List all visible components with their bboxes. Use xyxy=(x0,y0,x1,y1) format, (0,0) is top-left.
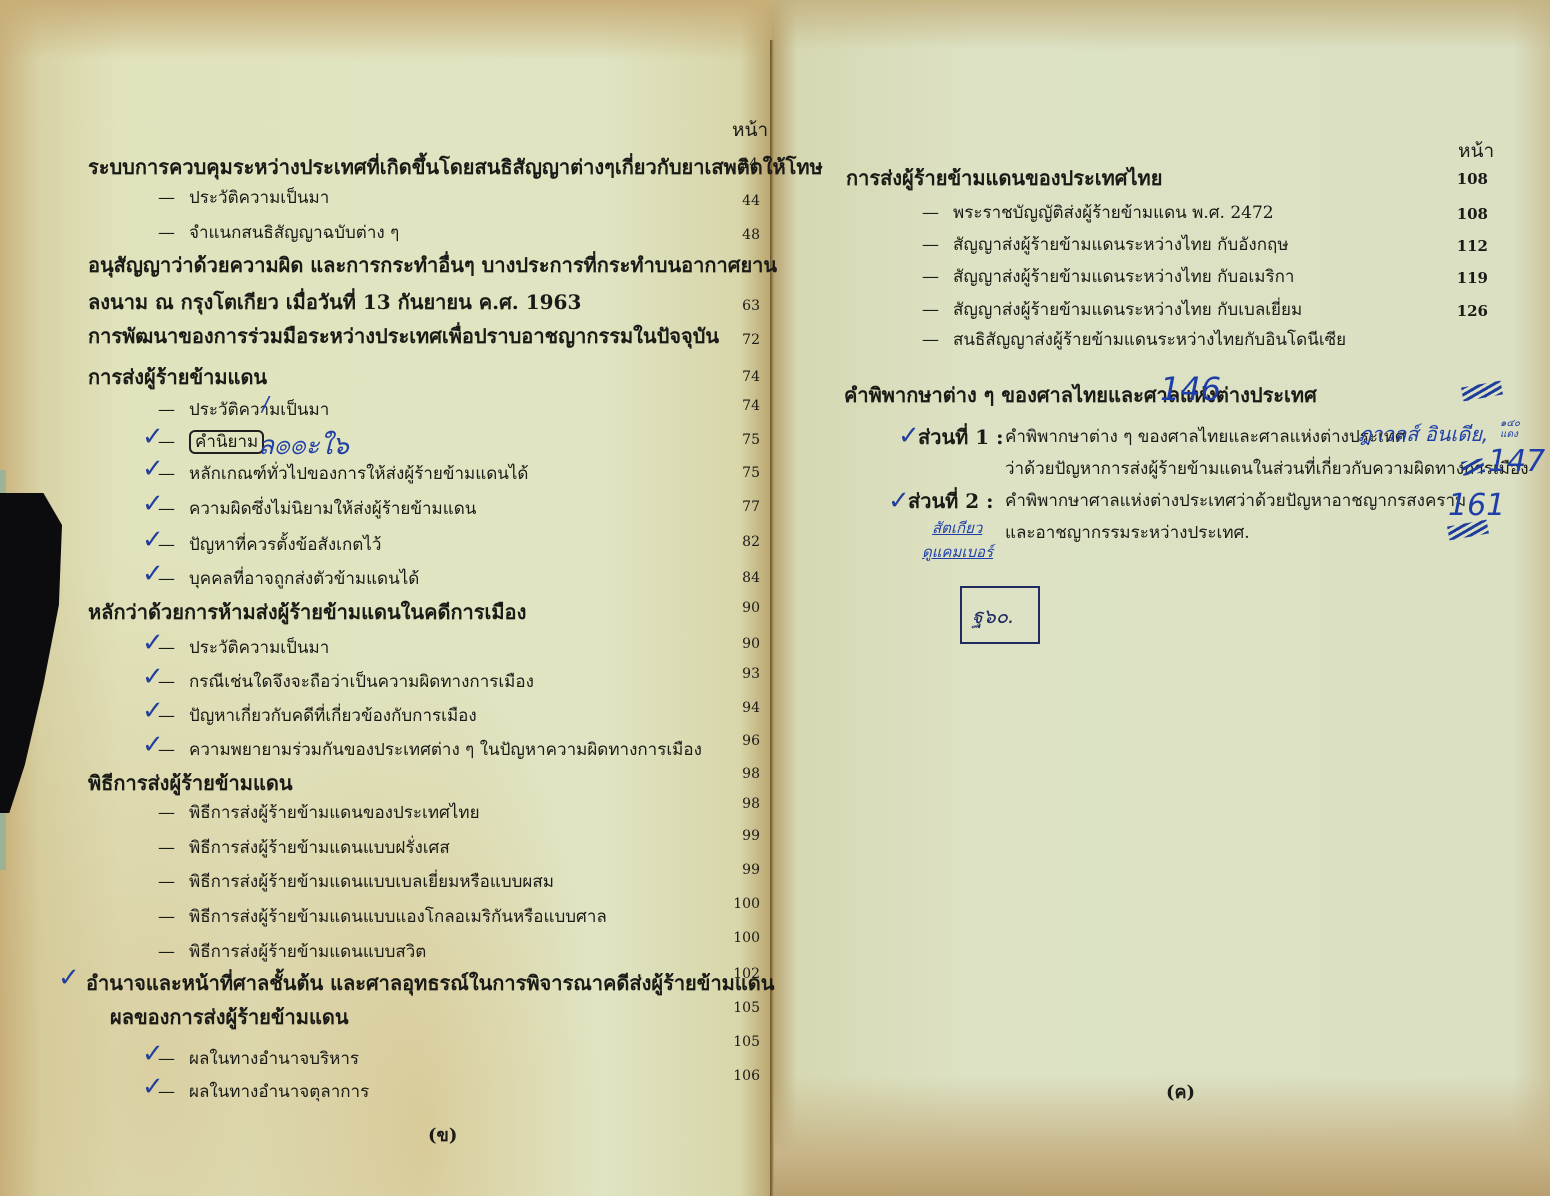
toc-page-number: 82 xyxy=(700,534,760,550)
part1-line1: คำพิพากษาต่าง ๆ ของศาลไทยและศาลแห่งต่างป… xyxy=(1005,425,1406,449)
toc-entry-title: พิธีการส่งผู้ร้ายข้ามแดนแบบแองโกลอเมริกั… xyxy=(189,907,607,927)
toc-entry: —พระราชบัญญัติส่งผู้ร้ายข้ามแดน พ.ศ. 247… xyxy=(922,201,1274,225)
dash-bullet: — xyxy=(158,398,175,422)
dash-bullet: — xyxy=(922,233,939,257)
toc-page-number: 108 xyxy=(1428,205,1488,223)
toc-entry-title: สัญญาส่งผู้ร้ายข้ามแดนระหว่างไทย กับอังก… xyxy=(953,235,1289,255)
toc-entry-title: ปัญหาที่ควรตั้งข้อสังเกตไว้ xyxy=(189,535,381,555)
toc-entry: —พิธีการส่งผู้ร้ายข้ามแดนแบบฝรั่งเศส xyxy=(158,836,450,860)
handwritten-page-161: 161 xyxy=(1448,488,1505,523)
dash-bullet: — xyxy=(158,221,175,245)
right-page-folio: (ค) xyxy=(1166,1077,1195,1106)
handwritten-part2-note1: สัตเกียว xyxy=(932,516,982,540)
toc-entry-title: พิธีการส่งผู้ร้ายข้ามแดนของประเทศไทย xyxy=(189,803,480,823)
toc-entry: —กรณีเช่นใดจึงจะถือว่าเป็นความผิดทางการเ… xyxy=(158,670,534,694)
left-page-folio: (ข) xyxy=(428,1120,457,1149)
toc-entry: —ประวัติความเป็นมา xyxy=(158,398,329,422)
toc-entry-title: บุคคลที่อาจถูกส่งตัวข้ามแดนได้ xyxy=(189,569,419,589)
judgments-title: คำพิพากษาต่าง ๆ ของศาลไทยและศาลแห่งต่างป… xyxy=(844,383,1317,407)
book-gutter xyxy=(770,40,774,1196)
toc-entry: —พิธีการส่งผู้ร้ายข้ามแดนแบบสวิต xyxy=(158,940,426,964)
toc-page-number: 75 xyxy=(700,465,760,481)
toc-entry-title: การพัฒนาของการร่วมมือระหว่างประเทศเพื่อป… xyxy=(88,324,719,348)
toc-entry: —ประวัติความเป็นมา xyxy=(158,186,329,210)
toc-entry: —ผลในทางอำนาจตุลาการ xyxy=(158,1080,369,1104)
toc-entry-title: การส่งผู้ร้ายข้ามแดน xyxy=(88,365,267,389)
dash-bullet: — xyxy=(922,328,939,352)
check-mark-icon: ✓ xyxy=(58,965,80,991)
check-mark-icon: ✓ xyxy=(142,527,164,553)
toc-page-number: 105 xyxy=(700,1000,760,1016)
check-mark-part2: ✓ xyxy=(888,488,910,514)
toc-entry: การส่งผู้ร้ายข้ามแดนของประเทศไทย xyxy=(846,166,1162,190)
check-mark-icon: ✓ xyxy=(142,664,164,690)
handwritten-boxed-note: ฐ๖๐. xyxy=(960,586,1040,644)
part1-line2: ว่าด้วยปัญหาการส่งผู้ร้ายข้ามแดนในส่วนที… xyxy=(1005,457,1529,481)
toc-page-number: 44 xyxy=(700,193,760,209)
toc-page-number: 100 xyxy=(700,896,760,912)
toc-page-number: 63 xyxy=(700,298,760,314)
page-column-label-right: หน้า xyxy=(1458,136,1494,166)
toc-entry: การพัฒนาของการร่วมมือระหว่างประเทศเพื่อป… xyxy=(88,324,719,348)
toc-entry-title: พิธีการส่งผู้ร้ายข้ามแดนแบบฝรั่งเศส xyxy=(189,838,450,858)
dash-bullet: — xyxy=(158,940,175,964)
toc-page-number: 102 xyxy=(700,966,760,982)
toc-entry-title: จำแนกสนธิสัญญาฉบับต่าง ๆ xyxy=(189,223,399,243)
toc-entry-title: ประวัติความเป็นมา xyxy=(189,188,329,208)
check-mark-icon: ✓ xyxy=(142,561,164,587)
dash-bullet: — xyxy=(922,298,939,322)
toc-entry: —พิธีการส่งผู้ร้ายข้ามแดนของประเทศไทย xyxy=(158,801,480,825)
toc-entry: —พิธีการส่งผู้ร้ายข้ามแดนแบบแองโกลอเมริก… xyxy=(158,905,607,929)
toc-entry: —ความพยายามร่วมกันของประเทศต่าง ๆ ในปัญห… xyxy=(158,738,702,762)
book-spread: หน้า ระบบการควบคุมระหว่างประเทศที่เกิดขึ… xyxy=(0,0,1550,1196)
part2-label: ส่วนที่ 2 : xyxy=(908,489,994,513)
toc-entry: อนุสัญญาว่าด้วยความผิด และการกระทำอื่นๆ … xyxy=(88,253,777,277)
toc-page-number: 74 xyxy=(700,398,760,414)
toc-entry-title: หลักว่าด้วยการห้ามส่งผู้ร้ายข้ามแดนในคดี… xyxy=(88,600,526,624)
toc-entry: —ความผิดซึ่งไม่นิยามให้ส่งผู้ร้ายข้ามแดน xyxy=(158,497,476,521)
toc-entry: ลงนาม ณ กรุงโตเกียว เมื่อวันที่ 13 กันยา… xyxy=(88,290,581,314)
toc-entry: —สัญญาส่งผู้ร้ายข้ามแดนระหว่างไทย กับเบล… xyxy=(922,298,1302,322)
check-mark-icon: ✓ xyxy=(142,698,164,724)
toc-page-number: 93 xyxy=(700,666,760,682)
handwritten-part2-note2: ดูแคมเบอร์ xyxy=(922,540,993,564)
toc-page-number: 108 xyxy=(1428,170,1488,188)
toc-entry-title: คำนิยาม xyxy=(189,430,264,454)
toc-page-number: 72 xyxy=(700,332,760,348)
toc-page-number: 90 xyxy=(700,636,760,652)
toc-entry: —สัญญาส่งผู้ร้ายข้ามแดนระหว่างไทย กับอเม… xyxy=(922,265,1294,289)
dash-bullet: — xyxy=(158,870,175,894)
toc-entry-title: กรณีเช่นใดจึงจะถือว่าเป็นความผิดทางการเม… xyxy=(189,672,534,692)
toc-entry-title: ผลของการส่งผู้ร้ายข้ามแดน xyxy=(110,1005,349,1029)
toc-page-number: 100 xyxy=(700,930,760,946)
toc-entry: อำนาจและหน้าที่ศาลชั้นต้น และศาลอุทธรณ์ใ… xyxy=(86,971,774,995)
toc-page-number: 90 xyxy=(700,600,760,616)
dash-bullet: — xyxy=(158,186,175,210)
toc-entry: —คำนิยาม xyxy=(158,430,264,454)
toc-entry: —ประวัติความเป็นมา xyxy=(158,636,329,660)
toc-entry-title: อำนาจและหน้าที่ศาลชั้นต้น และศาลอุทธรณ์ใ… xyxy=(86,971,774,995)
toc-page-number: 119 xyxy=(1428,269,1488,287)
toc-page-number: 99 xyxy=(700,862,760,878)
check-mark-part1: ✓ xyxy=(898,423,920,449)
toc-entry-title: ปัญหาเกี่ยวกับคดีที่เกี่ยวข้องกับการเมือ… xyxy=(189,706,477,726)
toc-entry-title: ลงนาม ณ กรุงโตเกียว เมื่อวันที่ 13 กันยา… xyxy=(88,290,581,314)
check-mark-icon: ✓ xyxy=(142,491,164,517)
toc-entry-title: ประวัติความเป็นมา xyxy=(189,638,329,658)
toc-entry-title: ผลในทางอำนาจบริหาร xyxy=(189,1049,359,1069)
handwritten-page-146: 146 xyxy=(1160,370,1221,408)
toc-entry: —ผลในทางอำนาจบริหาร xyxy=(158,1047,359,1071)
toc-page-number: 44 xyxy=(698,156,758,172)
toc-entry: —สนธิสัญญาส่งผู้ร้ายข้ามแดนระหว่างไทยกับ… xyxy=(922,328,1346,352)
toc-page-number: 77 xyxy=(700,499,760,515)
toc-entry-title: พระราชบัญญัติส่งผู้ร้ายข้ามแดน พ.ศ. 2472 xyxy=(953,203,1274,223)
toc-page-number: 99 xyxy=(700,828,760,844)
toc-page-number: 98 xyxy=(700,796,760,812)
part2-line1: คำพิพากษาศาลแห่งต่างประเทศว่าด้วยปัญหาอา… xyxy=(1005,489,1466,513)
toc-entry-title: ความผิดซึ่งไม่นิยามให้ส่งผู้ร้ายข้ามแดน xyxy=(189,499,476,519)
dash-bullet: — xyxy=(922,201,939,225)
check-mark-icon: ✓ xyxy=(142,456,164,482)
toc-page-number: 75 xyxy=(700,432,760,448)
handwritten-part1-note: ฎาวลส์ อินเดีย, xyxy=(1358,418,1488,450)
toc-entry-title: ผลในทางอำนาจตุลาการ xyxy=(189,1082,369,1102)
part1-label: ส่วนที่ 1 : xyxy=(918,425,1004,449)
toc-entry: —ปัญหาเกี่ยวกับคดีที่เกี่ยวข้องกับการเมื… xyxy=(158,704,477,728)
toc-page-number: 126 xyxy=(1428,302,1488,320)
toc-page-number: 112 xyxy=(1428,237,1488,255)
toc-page-number: 74 xyxy=(700,369,760,385)
toc-entry: —จำแนกสนธิสัญญาฉบับต่าง ๆ xyxy=(158,221,399,245)
handwritten-part1-small-note: ๑๔๐ แดง xyxy=(1500,418,1540,440)
toc-entry-title: อนุสัญญาว่าด้วยความผิด และการกระทำอื่นๆ … xyxy=(88,253,777,277)
check-mark-icon: ✓ xyxy=(142,424,164,450)
page-column-label: หน้า xyxy=(732,115,768,145)
toc-entry-title: สัญญาส่งผู้ร้ายข้ามแดนระหว่างไทย กับอเมร… xyxy=(953,267,1294,287)
dash-bullet: — xyxy=(158,905,175,929)
toc-page-number: 96 xyxy=(700,733,760,749)
toc-entry-title: การส่งผู้ร้ายข้ามแดนของประเทศไทย xyxy=(846,166,1162,190)
part2-line2: และอาชญากรรมระหว่างประเทศ. xyxy=(1005,521,1250,545)
check-mark-icon: ✓ xyxy=(142,630,164,656)
toc-page-number: 106 xyxy=(700,1068,760,1084)
handwritten-slash: / xyxy=(262,392,269,416)
toc-page-number: 84 xyxy=(700,570,760,586)
check-mark-icon: ✓ xyxy=(142,732,164,758)
toc-entry: —บุคคลที่อาจถูกส่งตัวข้ามแดนได้ xyxy=(158,567,419,591)
toc-entry: หลักว่าด้วยการห้ามส่งผู้ร้ายข้ามแดนในคดี… xyxy=(88,600,526,624)
toc-entry-title: สนธิสัญญาส่งผู้ร้ายข้ามแดนระหว่างไทยกับอ… xyxy=(953,330,1346,350)
toc-entry: ผลของการส่งผู้ร้ายข้ามแดน xyxy=(110,1005,349,1029)
check-mark-icon: ✓ xyxy=(142,1041,164,1067)
toc-page-number: 48 xyxy=(700,227,760,243)
toc-entry: —สัญญาส่งผู้ร้ายข้ามแดนระหว่างไทย กับอัง… xyxy=(922,233,1289,257)
toc-entry-title: ประวัติความเป็นมา xyxy=(189,400,329,420)
toc-entry: —ปัญหาที่ควรตั้งข้อสังเกตไว้ xyxy=(158,533,381,557)
toc-entry: —พิธีการส่งผู้ร้ายข้ามแดนแบบเบลเยี่ยมหรื… xyxy=(158,870,554,894)
toc-page-number: 98 xyxy=(700,766,760,782)
handwritten-page-147: 147 xyxy=(1488,444,1545,479)
toc-entry: พิธีการส่งผู้ร้ายข้ามแดน xyxy=(88,771,293,795)
toc-entry-title: พิธีการส่งผู้ร้ายข้ามแดนแบบเบลเยี่ยมหรือ… xyxy=(189,872,554,892)
dash-bullet: — xyxy=(922,265,939,289)
handwritten-definition-note: ล๏๏ะใ๖ xyxy=(258,425,349,466)
check-mark-icon: ✓ xyxy=(142,1074,164,1100)
dash-bullet: — xyxy=(158,801,175,825)
toc-entry-title: หลักเกณฑ์ทั่วไปของการให้ส่งผู้ร้ายข้ามแด… xyxy=(189,464,528,484)
toc-entry-title: สัญญาส่งผู้ร้ายข้ามแดนระหว่างไทย กับเบลเ… xyxy=(953,300,1302,320)
toc-page-number: 94 xyxy=(700,700,760,716)
boxed-note-text: ฐ๖๐. xyxy=(972,600,1014,632)
toc-entry-title: ความพยายามร่วมกันของประเทศต่าง ๆ ในปัญหา… xyxy=(189,740,702,760)
toc-entry: การส่งผู้ร้ายข้ามแดน xyxy=(88,365,267,389)
toc-entry-title: พิธีการส่งผู้ร้ายข้ามแดนแบบสวิต xyxy=(189,942,426,962)
toc-page-number: 105 xyxy=(700,1034,760,1050)
toc-entry-title: พิธีการส่งผู้ร้ายข้ามแดน xyxy=(88,771,293,795)
dash-bullet: — xyxy=(158,836,175,860)
